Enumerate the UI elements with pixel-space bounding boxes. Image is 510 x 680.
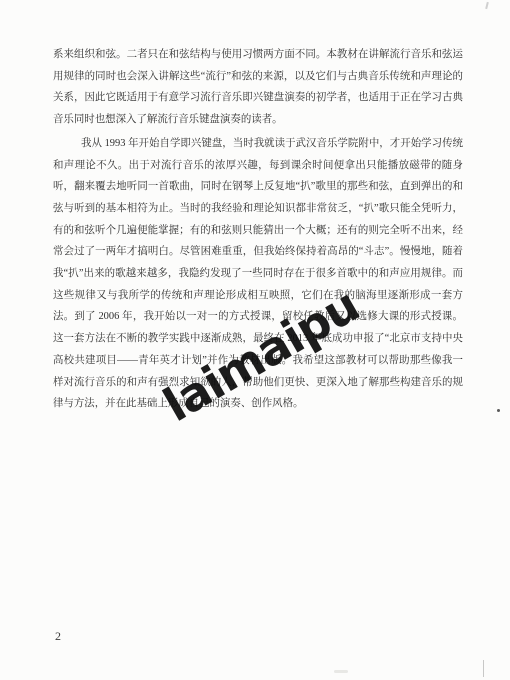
paragraph-continued: 系来组织和弦。二者只在和弦结构与使用习惯两方面不同。本教材在讲解流行音乐和弦运用… [53, 44, 463, 131]
body-text: 系来组织和弦。二者只在和弦结构与使用习惯两方面不同。本教材在讲解流行音乐和弦运用… [53, 44, 463, 415]
page-number: 2 [55, 629, 61, 644]
scan-artifact-right-dot [497, 409, 500, 412]
scan-artifact-top-right [485, 2, 489, 9]
scanned-page: 系来组织和弦。二者只在和弦结构与使用习惯两方面不同。本教材在讲解流行音乐和弦运用… [0, 0, 510, 680]
scan-artifact-bottom-smudge [334, 670, 348, 673]
paragraph-author-story: 我从 1993 年开始自学即兴键盘，当时我就读于武汉音乐学院附中，才开始学习传统… [53, 133, 463, 415]
scan-artifact-bottom-right-line [483, 660, 484, 677]
